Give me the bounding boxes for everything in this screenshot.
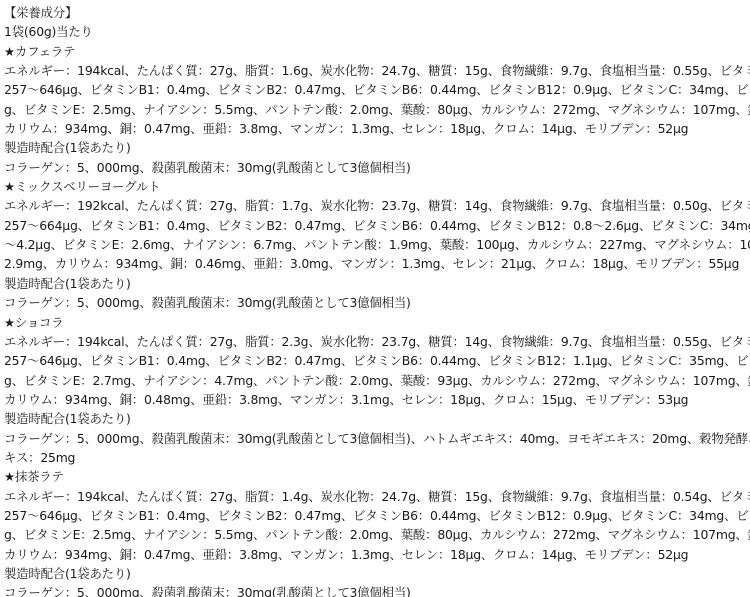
product-section-chocolat: ★ショコラ エネルギー：194kcal、たんぱく質：27g、脂質：2.3g、炭水… xyxy=(4,313,750,468)
product-name: ★抹茶ラテ xyxy=(4,467,750,486)
nutrition-line: g、ビタミンE：2.7mg、ナイアシン：4.7mg、パントテン酸：2.0mg、葉… xyxy=(4,371,750,390)
nutrition-line: g、ビタミンE：2.5mg、ナイアシン：5.5mg、パントテン酸：2.0mg、葉… xyxy=(4,525,750,544)
nutrition-line: エネルギー：192kcal、たんぱく質：27g、脂質：1.7g、炭水化物：23.… xyxy=(4,196,750,215)
product-section-mixed-berry-yogurt: ★ミックスベリーヨーグルト エネルギー：192kcal、たんぱく質：27g、脂質… xyxy=(4,177,750,312)
product-name: ★ミックスベリーヨーグルト xyxy=(4,177,750,196)
formulation-label: 製造時配合(1袋あたり) xyxy=(4,274,750,293)
product-section-cafe-latte: ★カフェラテ エネルギー：194kcal、たんぱく質：27g、脂質：1.6g、炭… xyxy=(4,42,750,177)
serving-size: 1袋(60g)当たり xyxy=(4,22,750,41)
nutrition-line: 257～646μg、ビタミンB1：0.4mg、ビタミンB2：0.47mg、ビタミ… xyxy=(4,351,750,370)
formulation-line: コラーゲン：5、000mg、殺菌乳酸菌末：30mg(乳酸菌として3億個相当) xyxy=(4,293,750,312)
formulation-label: 製造時配合(1袋あたり) xyxy=(4,564,750,583)
nutrition-line: エネルギー：194kcal、たんぱく質：27g、脂質：2.3g、炭水化物：23.… xyxy=(4,332,750,351)
formulation-line: キス：25mg xyxy=(4,448,750,467)
nutrition-line: カリウム：934mg、銅：0.48mg、亜鉛：3.8mg、マンガン：3.1mg、… xyxy=(4,390,750,409)
nutrition-line: カリウム：934mg、銅：0.47mg、亜鉛：3.8mg、マンガン：1.3mg、… xyxy=(4,545,750,564)
nutrition-line: g、ビタミンE：2.5mg、ナイアシン：5.5mg、パントテン酸：2.0mg、葉… xyxy=(4,100,750,119)
nutrition-line: 257～646μg、ビタミンB1：0.4mg、ビタミンB2：0.47mg、ビタミ… xyxy=(4,80,750,99)
product-name: ★ショコラ xyxy=(4,313,750,332)
nutrition-document: 【栄養成分】 1袋(60g)当たり ★カフェラテ エネルギー：194kcal、た… xyxy=(0,0,750,597)
nutrition-line: 2.9mg、カリウム：934mg、銅：0.46mg、亜鉛：3.0mg、マンガン：… xyxy=(4,254,750,273)
nutrition-line: 257～664μg、ビタミンB1：0.4mg、ビタミンB2：0.47mg、ビタミ… xyxy=(4,216,750,235)
formulation-label: 製造時配合(1袋あたり) xyxy=(4,138,750,157)
nutrition-line: ～4.2μg、ビタミンE：2.6mg、ナイアシン：6.7mg、パントテン酸：1.… xyxy=(4,235,750,254)
formulation-label: 製造時配合(1袋あたり) xyxy=(4,409,750,428)
section-heading: 【栄養成分】 xyxy=(4,3,750,22)
formulation-line: コラーゲン：5、000mg、殺菌乳酸菌末：30mg(乳酸菌として3億個相当) xyxy=(4,583,750,597)
nutrition-line: エネルギー：194kcal、たんぱく質：27g、脂質：1.6g、炭水化物：24.… xyxy=(4,61,750,80)
formulation-line: コラーゲン：5、000mg、殺菌乳酸菌末：30mg(乳酸菌として3億個相当) xyxy=(4,158,750,177)
nutrition-line: エネルギー：194kcal、たんぱく質：27g、脂質：1.4g、炭水化物：24.… xyxy=(4,487,750,506)
product-name: ★カフェラテ xyxy=(4,42,750,61)
nutrition-line: 257～646μg、ビタミンB1：0.4mg、ビタミンB2：0.47mg、ビタミ… xyxy=(4,506,750,525)
nutrition-line: カリウム：934mg、銅：0.47mg、亜鉛：3.8mg、マンガン：1.3mg、… xyxy=(4,119,750,138)
product-section-matcha-latte: ★抹茶ラテ エネルギー：194kcal、たんぱく質：27g、脂質：1.4g、炭水… xyxy=(4,467,750,597)
formulation-line: コラーゲン：5、000mg、殺菌乳酸菌末：30mg(乳酸菌として3億個相当)、ハ… xyxy=(4,429,750,448)
